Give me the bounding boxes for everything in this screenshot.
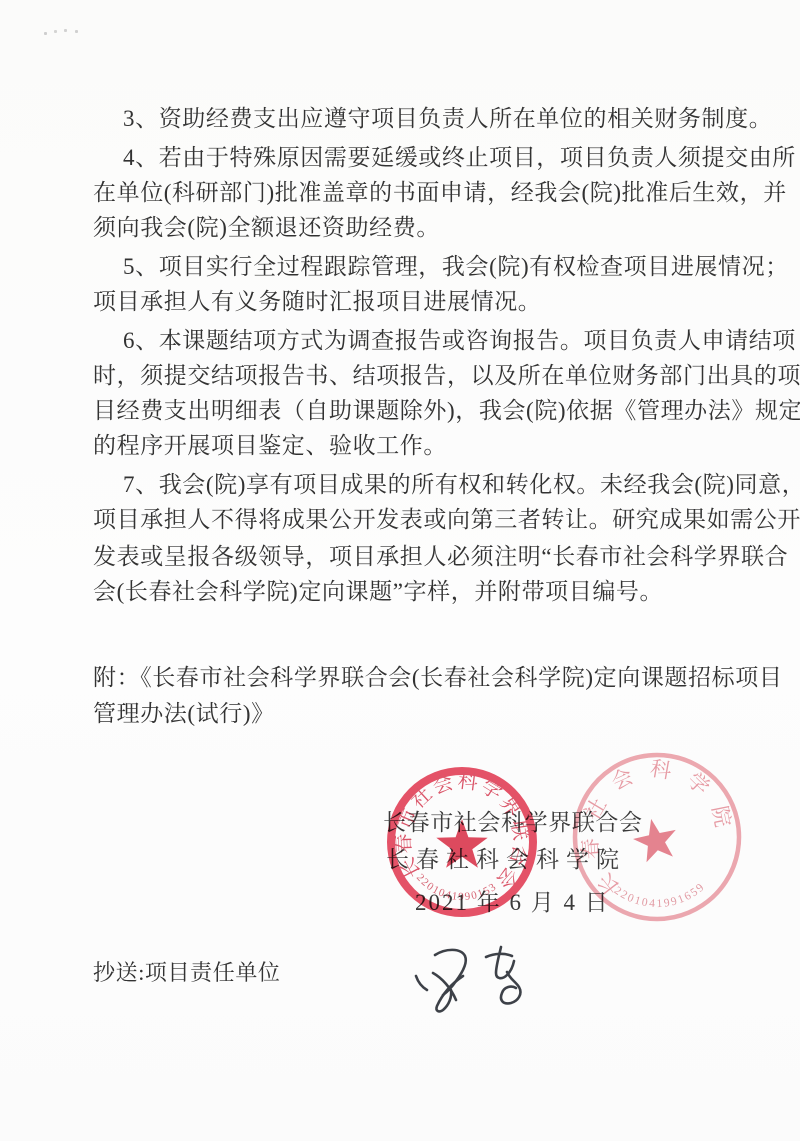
seal-rotated-group: 长春社会科学院 2201041991659 [565,745,749,929]
body-line: 目经费支出明细表（自助课题除外)，我会(院)依据《管理办法》规定 [93,392,800,425]
body-line: 的程序开展项目鉴定、验收工作。 [93,427,447,460]
attachment-line: 附：《长春市社会科学界联合会(长春社会科学院)定向课题招标项目 [93,659,782,692]
body-line: 时，须提交结项报告书、结项报告，以及所在单位财务部门出具的项 [93,357,800,390]
scan-artifact [44,32,47,35]
body-line: 项目承担人有义务随时汇报项目进展情况。 [93,283,541,316]
body-line: 在单位(科研部门)批准盖章的书面申请，经我会(院)批准后生效，并 [93,174,787,207]
document-page: 3、资助经费支出应遵守项目负责人所在单位的相关财务制度。 4、若由于特殊原因需要… [0,0,800,1141]
body-line: 项目承担人不得将成果公开发表或向第三者转让。研究成果如需公开 [93,501,800,534]
handwritten-signature [400,942,530,1020]
cc-line: 抄送:项目责任单位 [93,956,281,987]
body-line: 5、项目实行全过程跟踪管理，我会(院)有权检查项目进展情况； [123,248,789,281]
body-line: 会(长春社会科学院)定向课题”字样，并附带项目编号。 [93,573,663,606]
seal-star-icon [630,814,681,864]
body-line: 须向我会(院)全额退还资助经费。 [93,209,440,242]
seal-arc-text: 长春社会科学院 [565,745,745,903]
body-line: 3、资助经费支出应遵守项目负责人所在单位的相关财务制度。 [123,100,772,133]
official-seal-federation: 长春市社会科学界联合会 2201041990153 [380,758,550,930]
signature-strokes [416,947,520,1011]
body-line: 4、若由于特殊原因需要延缓或终止项目，项目负责人须提交由所 [123,139,796,172]
official-seal-academy: 长春社会科学院 2201041991659 [565,745,749,929]
attachment-line: 管理办法(试行)》 [93,695,275,728]
body-line: 6、本课题结项方式为调查报告或咨询报告。项目负责人申请结项 [123,322,796,355]
seal-star-icon [436,819,487,868]
body-line: 发表或呈报各级领导，项目承担人必须注明“长春市社会科学界联合 [93,538,788,571]
seal-serial-number: 2201041990153 [414,872,499,903]
body-line: 7、我会(院)享有项目成果的所有权和转化权。未经我会(院)同意， [123,466,800,499]
